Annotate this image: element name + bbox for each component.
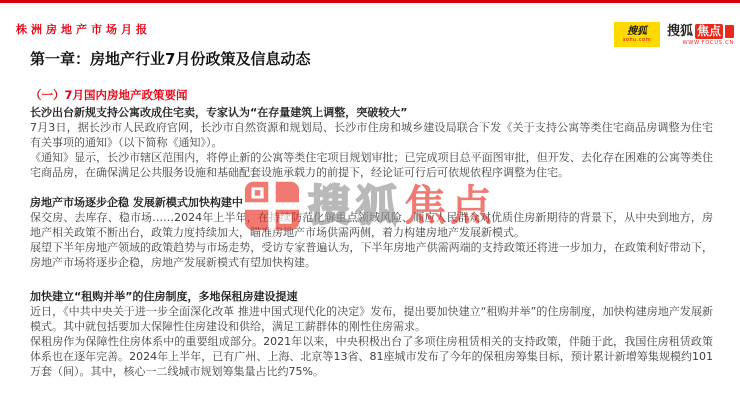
article-market-stabilizing: 房地产市场逐步企稳 发展新模式加快构建中 保交房、去库存、稳市场……2024年上… (30, 195, 713, 270)
sohu-logo-brand: 搜狐 (627, 26, 647, 37)
article-paragraph: 《通知》显示，长沙市辖区范围内，将停止新的公寓等类住宅项目规划审批；已完成项目总… (30, 150, 713, 180)
content-area: （一）7月国内房地产政策要闻 长沙出台新规支持公寓改成住宅卖，专家认为“在存量建… (30, 88, 713, 379)
header-logos: 搜狐 sohu.com 搜狐 焦点 WWW.FOCUS.CN (614, 22, 734, 47)
report-title: 株洲房地产市场月报 (16, 23, 151, 37)
article-title: 长沙出台新规支持公寓改成住宅卖，专家认为“在存量建筑上调整，突破较大” (30, 105, 713, 120)
sohu-focus-logo: 搜狐 焦点 WWW.FOCUS.CN (667, 22, 734, 47)
article-paragraph: 保租房作为保障性住房体系中的重要组成部分。2021年以来，中央积极出台了多项住房… (30, 334, 713, 379)
article-changsha-policy: 长沙出台新规支持公寓改成住宅卖，专家认为“在存量建筑上调整，突破较大” 7月3日… (30, 105, 713, 180)
article-paragraph: 展望下半年房地产领域的政策趋势与市场走势，受访专家普遍认为，下半年房地产供需两端… (30, 240, 713, 270)
article-title: 加快建立“租购并举”的住房制度，多地保租房建设提速 (30, 289, 713, 304)
article-paragraph: 7月3日，据长沙市人民政府官网，长沙市自然资源和规划局、长沙市住房和城乡建设局联… (30, 120, 713, 150)
sohu-focus-logo-name: 焦点 (695, 24, 723, 39)
sohu-focus-logo-url: WWW.FOCUS.CN (683, 40, 734, 47)
sohu-focus-logo-main: 搜狐 焦点 (667, 24, 734, 39)
article-title: 房地产市场逐步企稳 发展新模式加快构建中 (30, 195, 713, 210)
sohu-logo-url: sohu.com (623, 37, 651, 43)
top-red-rule (0, 0, 740, 3)
article-rental-housing: 加快建立“租购并举”的住房制度，多地保租房建设提速 近日，《中共中央关于进一步全… (30, 289, 713, 379)
article-paragraph: 保交房、去库存、稳市场……2024年上半年，在持续防范化解重点领域风险、顺应人民… (30, 210, 713, 240)
section-heading: （一）7月国内房地产政策要闻 (30, 88, 713, 103)
chapter-title: 第一章：房地产行业7月份政策及信息动态 (30, 49, 310, 69)
report-page: 株洲房地产市场月报 搜狐 sohu.com 搜狐 焦点 WWW.FOCUS.CN… (0, 0, 740, 416)
sohu-logo: 搜狐 sohu.com (614, 22, 660, 47)
sohu-focus-logo-brand: 搜狐 (667, 24, 693, 39)
article-paragraph: 近日，《中共中央关于进一步全面深化改革 推进中国式现代化的决定》发布，提出要加快… (30, 304, 713, 334)
sohu-focus-logo-seal-icon (725, 25, 734, 38)
